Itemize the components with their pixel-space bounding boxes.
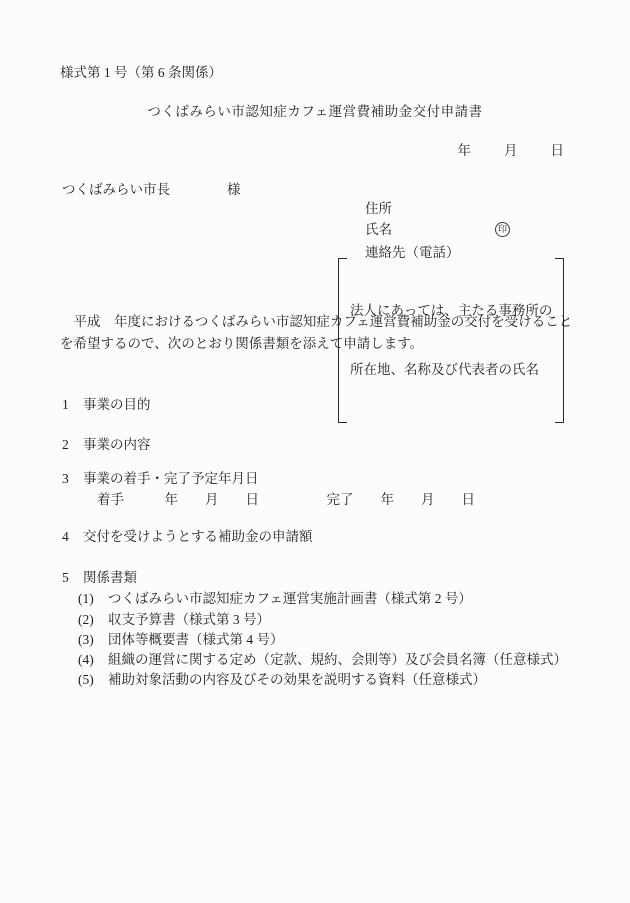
- item-number: 3: [62, 471, 83, 487]
- attachment-item-5: (5) 補助対象活動の内容及びその効果を説明する資料（任意様式）: [78, 672, 486, 688]
- attachment-number: (1): [78, 591, 108, 607]
- attachment-label: 組織の運営に関する定め（定款、規約、会則等）及び会員名簿（任意様式）: [108, 652, 567, 668]
- attachment-number: (5): [78, 672, 108, 688]
- addressee-name: つくばみらい市長: [62, 182, 170, 198]
- attachment-item-1: (1) つくばみらい市認知症カフェ運営実施計画書（様式第 2 号）: [78, 591, 472, 607]
- seal-text: 印: [498, 225, 507, 234]
- statement-line1: 平成 年度におけるつくばみらい市認知症カフェ運営費補助金の交付を受けること: [60, 314, 572, 330]
- item-number: 4: [62, 529, 83, 545]
- attachment-number: (2): [78, 612, 108, 628]
- section-item-3: 3 事業の着手・完了予定年月日: [62, 471, 259, 487]
- item-label: 事業の内容: [83, 437, 151, 453]
- name-row: 氏名 印: [365, 222, 510, 238]
- attachment-item-2: (2) 収支予算書（様式第 3 号）: [78, 612, 270, 628]
- statement-line2: を希望するので、次のとおり関係書類を添えて申請します。: [60, 336, 423, 352]
- addressee-honorific: 様: [227, 182, 241, 198]
- section-item-1: 1 事業の目的: [62, 397, 151, 413]
- item-label: 事業の目的: [83, 397, 151, 413]
- form-number: 様式第 1 号（第 6 条関係）: [60, 65, 222, 81]
- document-page: 様式第 1 号（第 6 条関係） つくばみらい市認知症カフェ運営費補助金交付申請…: [0, 0, 630, 903]
- attachment-label: つくばみらい市認知症カフェ運営実施計画書（様式第 2 号）: [108, 591, 472, 607]
- attachment-label: 補助対象活動の内容及びその効果を説明する資料（任意様式）: [108, 672, 486, 688]
- attachment-label: 団体等概要書（様式第 4 号）: [108, 632, 284, 648]
- section-item-5: 5 関係書類: [62, 570, 137, 586]
- attachment-number: (4): [78, 652, 108, 668]
- date-line: 年 月 日: [0, 143, 630, 159]
- seal-mark-icon: 印: [495, 222, 510, 237]
- item-label: 関係書類: [83, 570, 137, 586]
- attachment-number: (3): [78, 632, 108, 648]
- address-label: 住所: [365, 201, 392, 217]
- month-label: 月: [504, 143, 518, 159]
- item-label: 交付を受けようとする補助金の申請額: [83, 529, 313, 545]
- item-number: 5: [62, 570, 83, 586]
- attachment-label: 収支予算書（様式第 3 号）: [108, 612, 270, 628]
- section-item-2: 2 事業の内容: [62, 437, 151, 453]
- section-item-4: 4 交付を受けようとする補助金の申請額: [62, 529, 313, 545]
- attachment-item-3: (3) 団体等概要書（様式第 4 号）: [78, 632, 284, 648]
- corporate-note-line2: 所在地、名称及び代表者の氏名: [350, 360, 552, 380]
- attachment-item-4: (4) 組織の運営に関する定め（定款、規約、会則等）及び会員名簿（任意様式）: [78, 652, 567, 668]
- year-label: 年: [458, 143, 472, 159]
- name-label: 氏名: [365, 222, 392, 238]
- schedule-line: 着手 年 月 日 完了 年 月 日: [97, 492, 475, 508]
- item-number: 1: [62, 397, 83, 413]
- addressee-line: つくばみらい市長 様: [62, 182, 241, 198]
- item-number: 2: [62, 437, 83, 453]
- item-label: 事業の着手・完了予定年月日: [83, 471, 259, 487]
- day-label: 日: [551, 143, 565, 159]
- document-title: つくばみらい市認知症カフェ運営費補助金交付申請書: [0, 104, 630, 120]
